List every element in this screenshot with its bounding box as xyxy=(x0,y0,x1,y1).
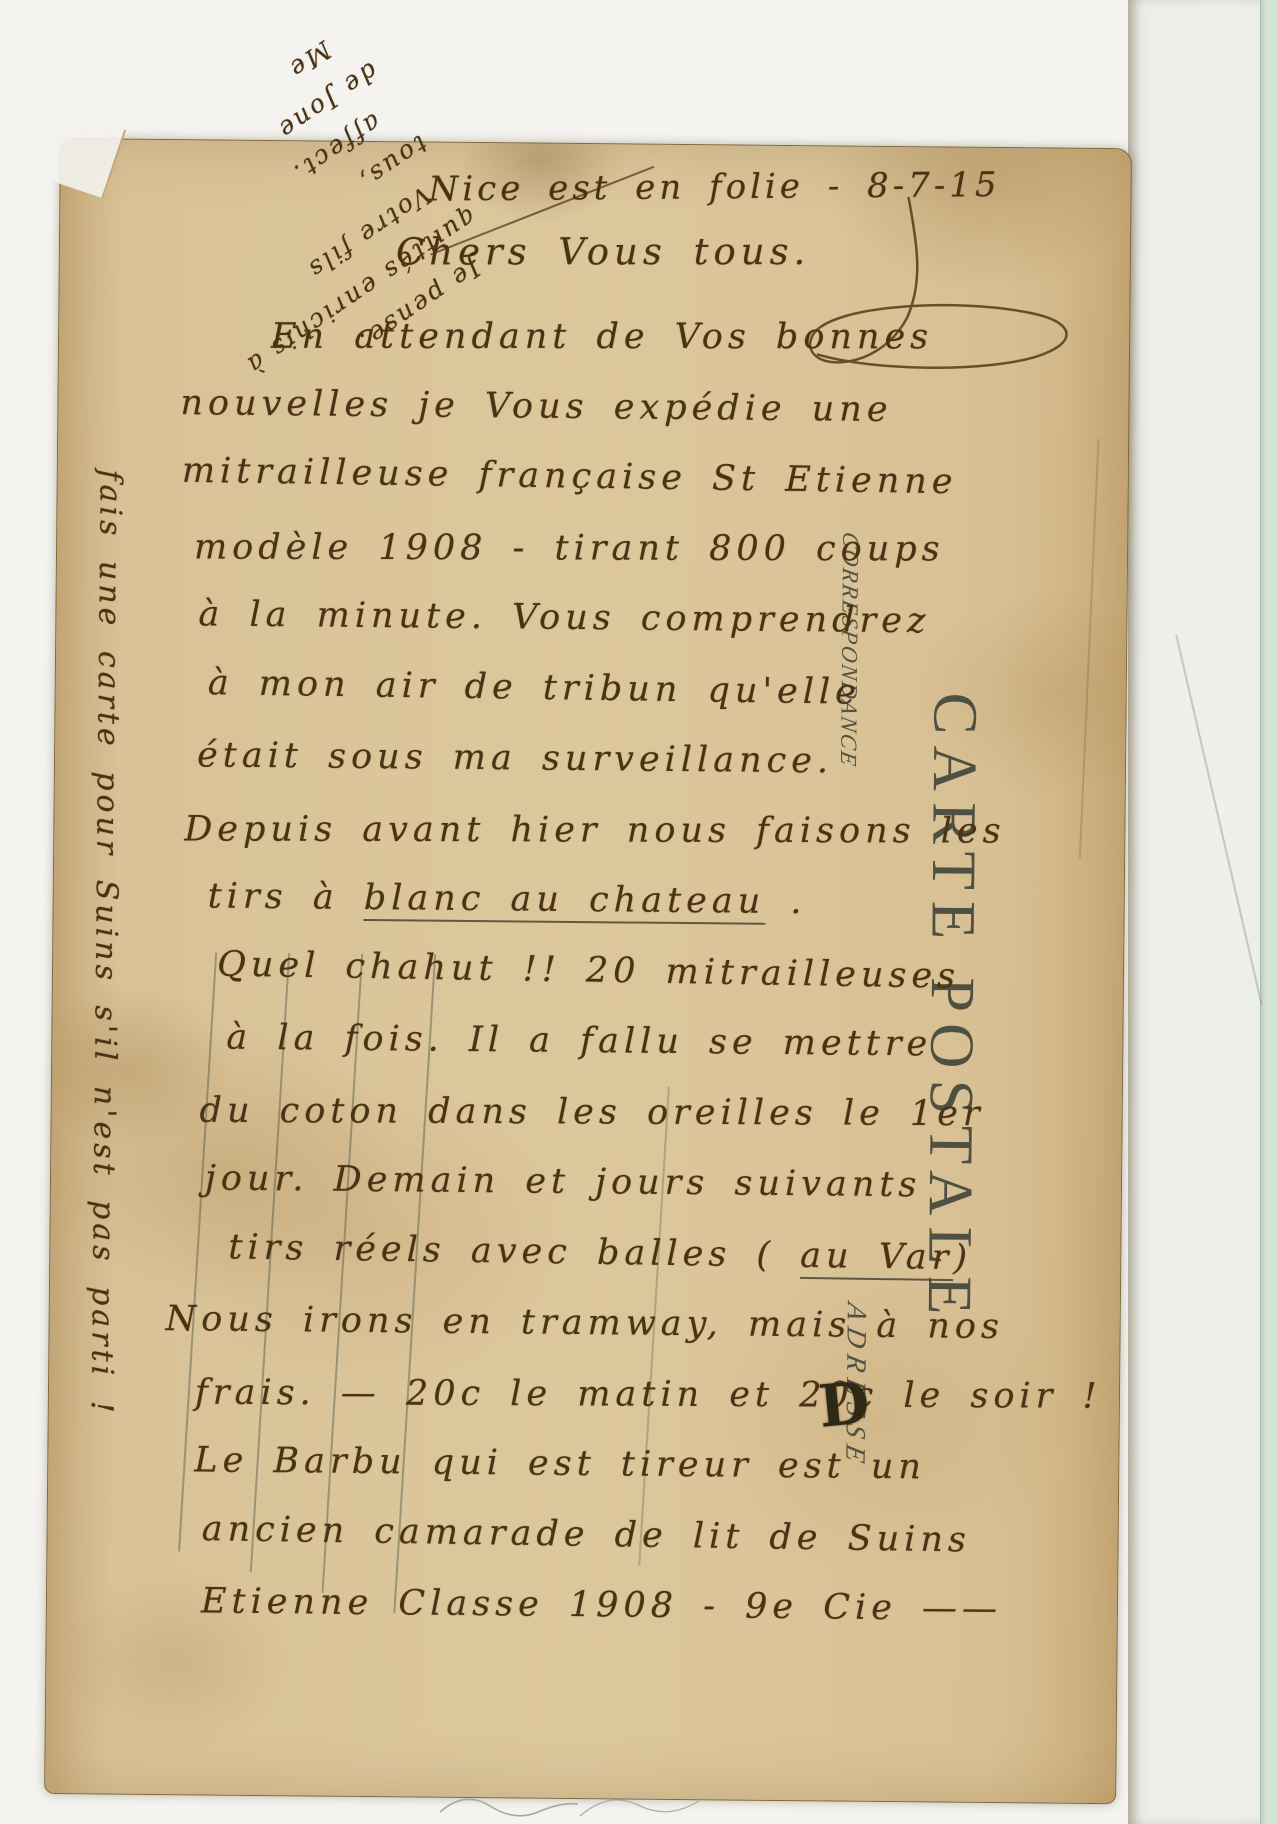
message-body: En attendant de Vos bonnes nouvelles je … xyxy=(158,312,1112,1660)
message-line: tirs à blanc au chateau . xyxy=(207,876,1106,955)
scan-background: CORRESPONDANCE CARTE POSTALE ADRESSE Nic… xyxy=(0,0,1278,1824)
message-line: à la minute. Vous comprendrez xyxy=(198,594,1109,673)
message-line: En attendant de Vos bonnes xyxy=(271,317,1112,388)
message-line: du coton dans les oreilles le 1er xyxy=(199,1090,1104,1164)
line-text: tirs à xyxy=(208,876,364,917)
message-line: nouvelles je Vous expédie une xyxy=(180,383,1111,462)
line-text: . xyxy=(765,882,807,922)
message-line: Quel chahut !! 20 mitrailleuses xyxy=(216,944,1106,1029)
stamped-letter-d: D xyxy=(816,1368,873,1440)
message-line: jour. Demain et jours suivants xyxy=(205,1158,1104,1237)
message-line: mitrailleuse française St Etienne xyxy=(181,451,1111,535)
postcard: CORRESPONDANCE CARTE POSTALE ADRESSE Nic… xyxy=(44,138,1132,1804)
line-text: ( xyxy=(756,1235,800,1276)
message-line: frais. — 20c le matin et 20c le soir ! xyxy=(195,1372,1102,1446)
message-line: Etienne Classe 1908 - 9e Cie —— xyxy=(200,1581,1099,1660)
message-line: était sous ma surveillance. xyxy=(197,735,1108,814)
line-text: ) xyxy=(953,1238,972,1278)
strip-green-edge xyxy=(1260,0,1278,1824)
message-line: ancien camarade de lit de Suins xyxy=(201,1509,1101,1593)
message-line: Nous irons en tramway, mais à nos xyxy=(165,1299,1102,1378)
message-line: Le Barbu qui est tireur est un xyxy=(194,1440,1101,1519)
underlined-phrase: au Var xyxy=(800,1235,954,1280)
line-text: tirs réels avec balles xyxy=(228,1227,757,1275)
paper-fiber xyxy=(430,1782,710,1824)
message-line: à mon air de tribun qu'elle xyxy=(207,663,1109,747)
underlined-phrase: blanc au chateau xyxy=(364,878,766,925)
message-line: tirs réels avec balles ( au Var) xyxy=(228,1227,1104,1310)
adjacent-card-strip xyxy=(1128,0,1278,1824)
message-line: à la fois. Il a fallu se mettre xyxy=(226,1018,1105,1097)
message-line: Depuis avant hier nous faisons les xyxy=(184,809,1107,882)
message-line: modèle 1908 - tirant 800 coups xyxy=(194,527,1110,600)
margin-note: fais une carte pour Suins s'il n'est pas… xyxy=(79,469,127,1559)
